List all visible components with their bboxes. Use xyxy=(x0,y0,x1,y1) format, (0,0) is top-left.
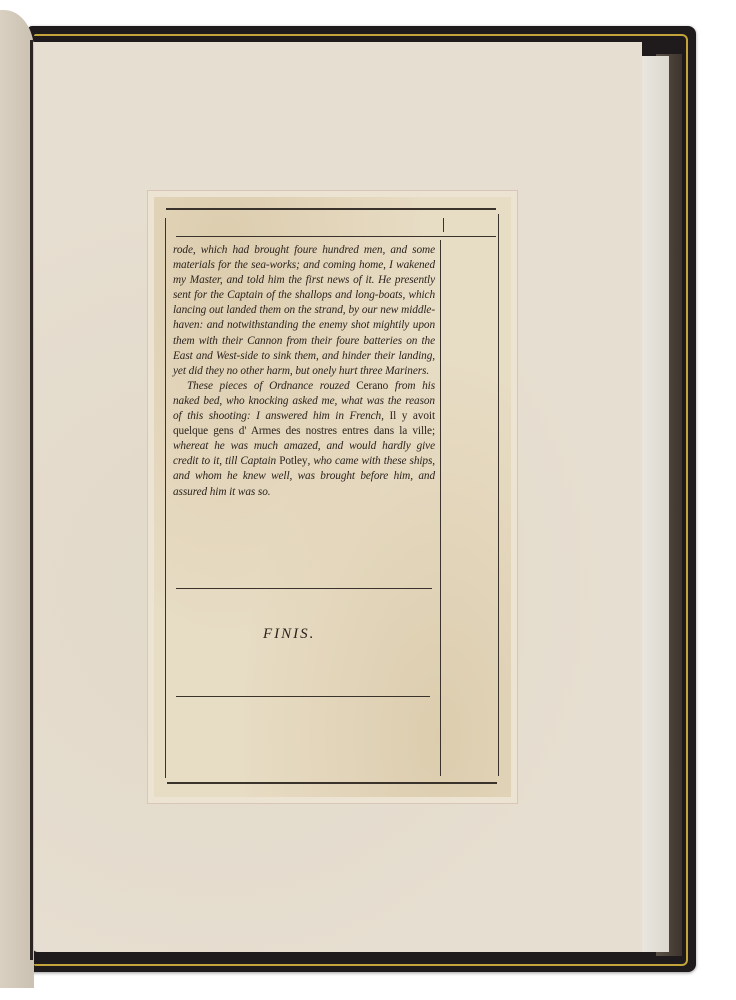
body-text: rode, which had brought foure hundred me… xyxy=(173,243,435,500)
left-frame-rule xyxy=(165,218,166,778)
header-divider xyxy=(443,218,444,232)
top-rule xyxy=(166,208,496,210)
finis-bottom-rule xyxy=(176,696,430,697)
paragraph-2: These pieces of Ordnance rouzed Cerano f… xyxy=(173,379,435,500)
name-cerano: Cerano xyxy=(356,380,388,392)
bottom-rule xyxy=(167,782,497,784)
page-fore-edge xyxy=(640,56,669,952)
paragraph-1-text: rode, which had brought foure hundred me… xyxy=(173,244,435,377)
right-frame-rule xyxy=(498,214,499,776)
name-potley: Potley xyxy=(279,455,307,467)
text-segment: These pieces of Ordnance rouzed xyxy=(187,380,356,392)
gutter xyxy=(30,40,33,960)
finis-top-rule xyxy=(176,588,432,589)
margin-rule xyxy=(440,240,441,776)
header-rule xyxy=(176,236,496,237)
finis-label: FINIS. xyxy=(263,626,315,643)
left-page-curl xyxy=(0,10,34,988)
paragraph-1: rode, which had brought foure hundred me… xyxy=(173,243,435,379)
